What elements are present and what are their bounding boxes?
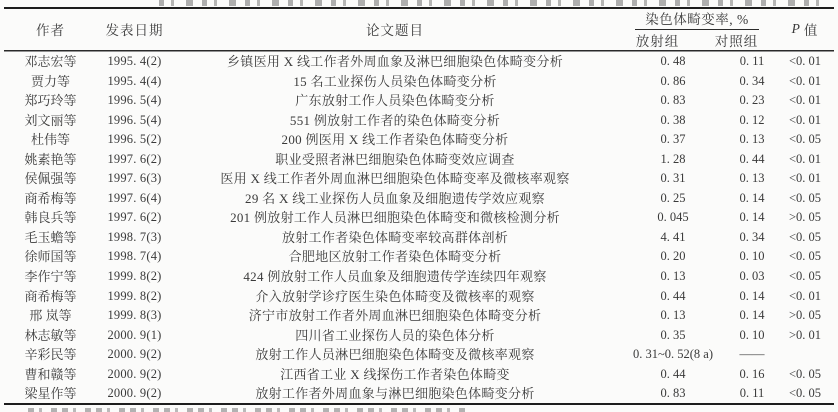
cell-paper-title: 江西省工业 X 线探伤工作者染色体畸变 xyxy=(172,365,618,385)
cell-radiation-group-rate: 0. 20 xyxy=(618,247,728,267)
cell-publication-date: 1995. 4(2) xyxy=(97,52,172,72)
col-header-control-group: 对照组 xyxy=(697,30,776,50)
cell-author: 郑巧玲等 xyxy=(4,91,97,111)
header-separator-rule xyxy=(4,50,834,51)
cell-radiation-group-rate: 0. 86 xyxy=(618,72,728,92)
cell-publication-date: 1997. 6(3) xyxy=(97,169,172,189)
cell-publication-date: 1998. 7(4) xyxy=(97,247,172,267)
cell-paper-title: 四川省工业探伤人员的染色体分析 xyxy=(172,326,618,346)
cell-radiation-group-rate: 0. 38 xyxy=(618,111,728,131)
cell-control-group-rate: 0. 34 xyxy=(728,228,776,248)
cropped-caption-strip xyxy=(150,0,830,6)
table-row: 李作宁等1999. 8(2)424 例放射工作人员血象及细胞遗传学连续四年观察0… xyxy=(4,267,834,287)
table-row: 邢 岚等1999. 8(3)济宁市放射工作者外周血淋巴细胞染色体畸变分析0. 1… xyxy=(4,306,834,326)
cell-publication-date: 1999. 8(2) xyxy=(97,287,172,307)
cell-paper-title: 医用 X 线工作者外周血淋巴细胞染色体畸变率及微核率观察 xyxy=(172,169,618,189)
cell-p-value: <0. 01 xyxy=(776,150,834,170)
cell-author: 刘文丽等 xyxy=(4,111,97,131)
cell-author: 侯佩强等 xyxy=(4,169,97,189)
cell-control-group-rate: 0. 44 xyxy=(728,150,776,170)
cell-paper-title: 201 例放射工作人员淋巴细胞染色体畸变和微核检测分析 xyxy=(172,208,618,228)
cell-paper-title: 职业受照者淋巴细胞染色体畸变效应调查 xyxy=(172,150,618,170)
cell-control-group-rate: 0. 14 xyxy=(728,208,776,228)
scanned-journal-table-page: 作者 发表日期 论文题目 染色体畸变率, % 放射组 对照组 P 值 邓志宏等1… xyxy=(0,0,838,412)
cell-p-value: <0. 05 xyxy=(776,228,834,248)
cell-paper-title: 济宁市放射工作者外周血淋巴细胞染色体畸变分析 xyxy=(172,306,618,326)
cell-control-group-rate: 0. 10 xyxy=(728,326,776,346)
table-row: 林志敏等2000. 9(1)四川省工业探伤人员的染色体分析0. 350. 10>… xyxy=(4,326,834,346)
cell-p-value xyxy=(776,345,834,365)
table-row: 曹和赣等2000. 9(2)江西省工业 X 线探伤工作者染色体畸变0. 440.… xyxy=(4,365,834,385)
cell-publication-date: 1998. 7(3) xyxy=(97,228,172,248)
cell-control-group-rate: 0. 10 xyxy=(728,247,776,267)
p-symbol: P xyxy=(792,21,800,37)
cell-paper-title: 200 例医用 X 线工作者染色体畸变分析 xyxy=(172,130,618,150)
cell-author: 姚素艳等 xyxy=(4,150,97,170)
cell-radiation-group-rate: 0. 44 xyxy=(618,365,728,385)
table-row: 杜伟等1996. 5(2)200 例医用 X 线工作者染色体畸变分析0. 370… xyxy=(4,130,834,150)
cell-p-value: <0. 01 xyxy=(776,72,834,92)
cell-paper-title: 放射工作者外周血象与淋巴细胞染色体畸变分析 xyxy=(172,384,618,404)
cell-p-value: <0. 05 xyxy=(776,189,834,209)
cell-radiation-group-rate: 0. 35 xyxy=(618,326,728,346)
cell-publication-date: 1996. 5(4) xyxy=(97,91,172,111)
cell-control-group-rate: 0. 23 xyxy=(728,91,776,111)
table-row: 贾力等1995. 4(4)15 名工业探伤人员染色体畸变分析0. 860. 34… xyxy=(4,72,834,92)
cell-author: 徐师国等 xyxy=(4,247,97,267)
table-header: 作者 发表日期 论文题目 染色体畸变率, % 放射组 对照组 P 值 xyxy=(4,8,834,50)
table-row: 梁星作等2000. 9(2)放射工作者外周血象与淋巴细胞染色体畸变分析0. 83… xyxy=(4,384,834,404)
cell-control-group-rate: 0. 34 xyxy=(728,72,776,92)
table-row: 刘文丽等1996. 5(4)551 例放射工作者的染色体畸变分析0. 380. … xyxy=(4,111,834,131)
cell-p-value: <0. 05 xyxy=(776,384,834,404)
cell-control-group-rate: —— xyxy=(728,345,776,365)
cell-paper-title: 551 例放射工作者的染色体畸变分析 xyxy=(172,111,618,131)
cell-p-value: <0. 05 xyxy=(776,267,834,287)
cell-author: 商希梅等 xyxy=(4,189,97,209)
cell-radiation-group-rate: 0. 13 xyxy=(618,267,728,287)
cell-radiation-group-rate: 4. 41 xyxy=(618,228,728,248)
table-body: 邓志宏等1995. 4(2)乡镇医用 X 线工作者外周血象及淋巴细胞染色体畸变分… xyxy=(4,52,834,404)
cell-p-value: <0. 05 xyxy=(776,130,834,150)
cell-p-value: >0. 01 xyxy=(776,326,834,346)
cell-author: 毛玉蟾等 xyxy=(4,228,97,248)
col-header-aberration-rate: 染色体畸变率, % xyxy=(635,8,759,30)
table-row: 郑巧玲等1996. 5(4)广东放射工作人员染色体畸变分析0. 830. 23<… xyxy=(4,91,834,111)
cell-radiation-group-rate: 0. 48 xyxy=(618,52,728,72)
cell-radiation-group-rate: 0. 83 xyxy=(618,91,728,111)
cell-author: 贾力等 xyxy=(4,72,97,92)
cell-control-group-rate: 0. 14 xyxy=(728,306,776,326)
cell-paper-title: 乡镇医用 X 线工作者外周血象及淋巴细胞染色体畸变分析 xyxy=(172,52,618,72)
cell-publication-date: 2000. 9(2) xyxy=(97,345,172,365)
table-row: 商希梅等1997. 6(4)29 名 X 线工业探伤人员血象及细胞遗传学效应观察… xyxy=(4,189,834,209)
cell-p-value: <0. 01 xyxy=(776,169,834,189)
cell-radiation-group-rate: 0. 25 xyxy=(618,189,728,209)
cell-control-group-rate: 0. 03 xyxy=(728,267,776,287)
cell-p-value: >0. 05 xyxy=(776,208,834,228)
col-header-aberration-rate-group: 染色体畸变率, % 放射组 对照组 xyxy=(618,8,776,50)
cell-paper-title: 424 例放射工作人员血象及细胞遗传学连续四年观察 xyxy=(172,267,618,287)
cell-author: 邢 岚等 xyxy=(4,306,97,326)
cell-publication-date: 1999. 8(2) xyxy=(97,267,172,287)
cell-author: 曹和赣等 xyxy=(4,365,97,385)
cell-p-value: <0. 01 xyxy=(776,111,834,131)
cell-radiation-group-rate: 0. 045 xyxy=(618,208,728,228)
cell-p-value: <0. 01 xyxy=(776,287,834,307)
table-row: 商希梅等1999. 8(2)介入放射学诊疗医生染色体畸变及微核率的观察0. 44… xyxy=(4,287,834,307)
cell-control-group-rate: 0. 16 xyxy=(728,365,776,385)
col-header-title: 论文题目 xyxy=(172,8,618,50)
table-row: 侯佩强等1997. 6(3)医用 X 线工作者外周血淋巴细胞染色体畸变率及微核率… xyxy=(4,169,834,189)
cell-control-group-rate: 0. 12 xyxy=(728,111,776,131)
cell-p-value: <0. 05 xyxy=(776,247,834,267)
cell-control-group-rate: 0. 14 xyxy=(728,189,776,209)
col-header-date: 发表日期 xyxy=(97,8,172,50)
cell-paper-title: 15 名工业探伤人员染色体畸变分析 xyxy=(172,72,618,92)
cell-publication-date: 1996. 5(2) xyxy=(97,130,172,150)
cell-p-value: <0. 01 xyxy=(776,52,834,72)
cell-author: 辛彩民等 xyxy=(4,345,97,365)
table-row: 韩良兵等1997. 6(2)201 例放射工作人员淋巴细胞染色体畸变和微核检测分… xyxy=(4,208,834,228)
cell-publication-date: 1997. 6(2) xyxy=(97,150,172,170)
cell-publication-date: 1997. 6(4) xyxy=(97,189,172,209)
col-header-p-value: P 值 xyxy=(776,8,834,50)
cell-radiation-group-rate: 0. 31 xyxy=(618,169,728,189)
cell-radiation-group-rate: 0. 44 xyxy=(618,287,728,307)
cell-publication-date: 2000. 9(2) xyxy=(97,384,172,404)
cell-author: 林志敏等 xyxy=(4,326,97,346)
cell-radiation-group-rate: 0. 13 xyxy=(618,306,728,326)
cell-paper-title: 合肥地区放射工作者染色体畸变分析 xyxy=(172,247,618,267)
cell-author: 梁星作等 xyxy=(4,384,97,404)
cell-author: 李作宁等 xyxy=(4,267,97,287)
cell-publication-date: 1995. 4(4) xyxy=(97,72,172,92)
table-row: 徐师国等1998. 7(4)合肥地区放射工作者染色体畸变分析0. 200. 10… xyxy=(4,247,834,267)
cell-p-value: <0. 05 xyxy=(776,365,834,385)
cell-radiation-group-rate: 0. 31~0. 52(8 a) xyxy=(618,345,728,365)
table-row: 辛彩民等2000. 9(2)放射工作人员淋巴细胞染色体畸变及微核率观察0. 31… xyxy=(4,345,834,365)
cell-control-group-rate: 0. 14 xyxy=(728,287,776,307)
cell-control-group-rate: 0. 11 xyxy=(728,384,776,404)
table-row: 姚素艳等1997. 6(2)职业受照者淋巴细胞染色体畸变效应调查1. 280. … xyxy=(4,150,834,170)
cell-control-group-rate: 0. 11 xyxy=(728,52,776,72)
cell-publication-date: 1996. 5(4) xyxy=(97,111,172,131)
cell-paper-title: 广东放射工作人员染色体畸变分析 xyxy=(172,91,618,111)
col-header-author: 作者 xyxy=(4,8,97,50)
cell-p-value: >0. 05 xyxy=(776,306,834,326)
cell-radiation-group-rate: 0. 37 xyxy=(618,130,728,150)
cropped-footnote-strip xyxy=(28,408,468,412)
table-row: 邓志宏等1995. 4(2)乡镇医用 X 线工作者外周血象及淋巴细胞染色体畸变分… xyxy=(4,52,834,72)
cell-publication-date: 2000. 9(2) xyxy=(97,365,172,385)
cell-author: 杜伟等 xyxy=(4,130,97,150)
cell-control-group-rate: 0. 13 xyxy=(728,169,776,189)
cell-p-value: <0. 01 xyxy=(776,91,834,111)
cell-author: 商希梅等 xyxy=(4,287,97,307)
table-row: 毛玉蟾等1998. 7(3)放射工作者染色体畸变率较高群体剖析4. 410. 3… xyxy=(4,228,834,248)
col-header-radiation-group: 放射组 xyxy=(618,30,697,50)
cell-paper-title: 29 名 X 线工业探伤人员血象及细胞遗传学效应观察 xyxy=(172,189,618,209)
cell-control-group-rate: 0. 13 xyxy=(728,130,776,150)
cell-publication-date: 1999. 8(3) xyxy=(97,306,172,326)
cell-radiation-group-rate: 1. 28 xyxy=(618,150,728,170)
p-label: 值 xyxy=(804,19,819,39)
cell-publication-date: 2000. 9(1) xyxy=(97,326,172,346)
table-bottom-rule xyxy=(4,403,834,405)
cell-paper-title: 介入放射学诊疗医生染色体畸变及微核率的观察 xyxy=(172,287,618,307)
cell-author: 韩良兵等 xyxy=(4,208,97,228)
cell-author: 邓志宏等 xyxy=(4,52,97,72)
cell-publication-date: 1997. 6(2) xyxy=(97,208,172,228)
cell-radiation-group-rate: 0. 83 xyxy=(618,384,728,404)
cell-paper-title: 放射工作人员淋巴细胞染色体畸变及微核率观察 xyxy=(172,345,618,365)
cell-paper-title: 放射工作者染色体畸变率较高群体剖析 xyxy=(172,228,618,248)
